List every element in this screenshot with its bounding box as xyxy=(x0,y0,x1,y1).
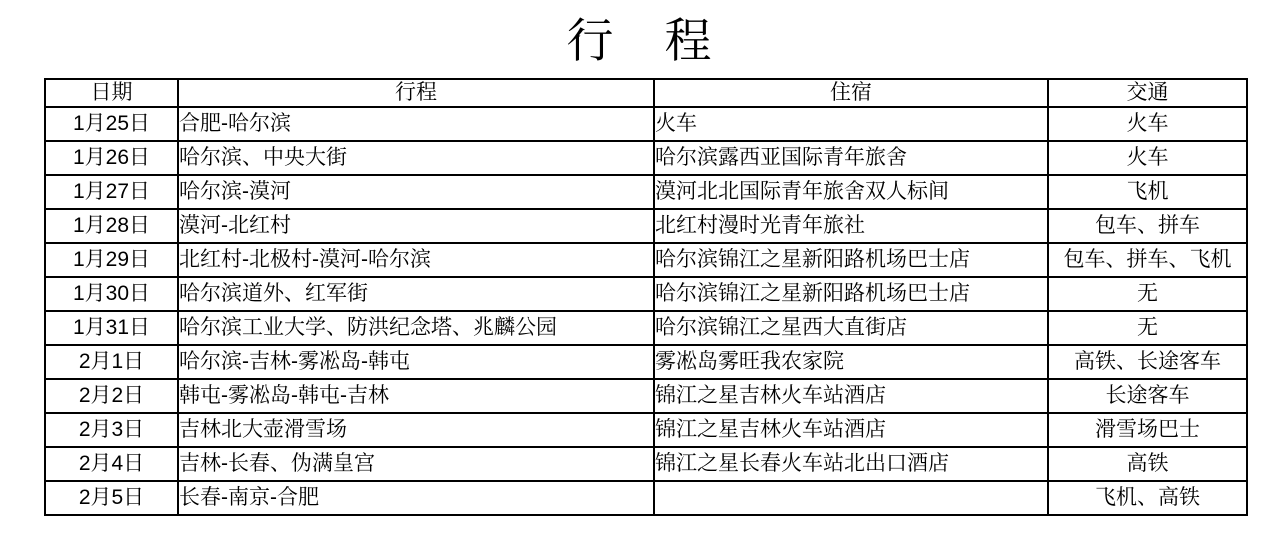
lodging-cell: 锦江之星长春火车站北出口酒店 xyxy=(654,447,1048,481)
table-row: 1月30日哈尔滨道外、红军街哈尔滨锦江之星新阳路机场巴士店无 xyxy=(45,277,1247,311)
transport-cell: 包车、拼车 xyxy=(1048,209,1247,243)
header-date: 日期 xyxy=(45,79,178,107)
date-cell: 2月3日 xyxy=(45,413,178,447)
table-row: 1月27日哈尔滨-漠河漠河北北国际青年旅舍双人标间飞机 xyxy=(45,175,1247,209)
itinerary-cell: 哈尔滨-吉林-雾凇岛-韩屯 xyxy=(178,345,654,379)
lodging-cell: 哈尔滨锦江之星新阳路机场巴士店 xyxy=(654,277,1048,311)
transport-cell: 包车、拼车、飞机 xyxy=(1048,243,1247,277)
date-cell: 1月31日 xyxy=(45,311,178,345)
lodging-cell: 锦江之星吉林火车站酒店 xyxy=(654,413,1048,447)
itinerary-cell: 漠河-北红村 xyxy=(178,209,654,243)
lodging-cell: 雾凇岛雾旺我农家院 xyxy=(654,345,1048,379)
transport-cell: 高铁、长途客车 xyxy=(1048,345,1247,379)
lodging-cell: 北红村漫时光青年旅社 xyxy=(654,209,1048,243)
itinerary-cell: 吉林北大壶滑雪场 xyxy=(178,413,654,447)
itinerary-cell: 哈尔滨、中央大街 xyxy=(178,141,654,175)
header-row: 日期 行程 住宿 交通 xyxy=(45,79,1247,107)
header-transport: 交通 xyxy=(1048,79,1247,107)
table-row: 2月3日吉林北大壶滑雪场锦江之星吉林火车站酒店滑雪场巴士 xyxy=(45,413,1247,447)
lodging-cell: 火车 xyxy=(654,107,1048,141)
transport-cell: 火车 xyxy=(1048,107,1247,141)
lodging-cell: 哈尔滨锦江之星新阳路机场巴士店 xyxy=(654,243,1048,277)
itinerary-cell: 哈尔滨-漠河 xyxy=(178,175,654,209)
itinerary-cell: 长春-南京-合肥 xyxy=(178,481,654,515)
table-row: 1月31日哈尔滨工业大学、防洪纪念塔、兆麟公园哈尔滨锦江之星西大直街店无 xyxy=(45,311,1247,345)
page-title: 行 程 xyxy=(0,17,1280,64)
table-row: 2月4日吉林-长春、伪满皇宫锦江之星长春火车站北出口酒店高铁 xyxy=(45,447,1247,481)
lodging-cell: 哈尔滨露西亚国际青年旅舍 xyxy=(654,141,1048,175)
itinerary-cell: 哈尔滨工业大学、防洪纪念塔、兆麟公园 xyxy=(178,311,654,345)
lodging-cell: 漠河北北国际青年旅舍双人标间 xyxy=(654,175,1048,209)
header-lodging: 住宿 xyxy=(654,79,1048,107)
itinerary-cell: 韩屯-雾凇岛-韩屯-吉林 xyxy=(178,379,654,413)
itinerary-cell: 哈尔滨道外、红军街 xyxy=(178,277,654,311)
transport-cell: 火车 xyxy=(1048,141,1247,175)
date-cell: 2月4日 xyxy=(45,447,178,481)
date-cell: 1月29日 xyxy=(45,243,178,277)
page: 行 程 日期 行程 住宿 交通 1月25日合肥-哈尔滨火车火车1月26日哈尔滨、… xyxy=(0,0,1280,547)
itinerary-cell: 合肥-哈尔滨 xyxy=(178,107,654,141)
date-cell: 2月1日 xyxy=(45,345,178,379)
lodging-cell: 哈尔滨锦江之星西大直街店 xyxy=(654,311,1048,345)
transport-cell: 飞机 xyxy=(1048,175,1247,209)
date-cell: 2月2日 xyxy=(45,379,178,413)
table-row: 1月25日合肥-哈尔滨火车火车 xyxy=(45,107,1247,141)
table-row: 2月1日哈尔滨-吉林-雾凇岛-韩屯雾凇岛雾旺我农家院高铁、长途客车 xyxy=(45,345,1247,379)
transport-cell: 长途客车 xyxy=(1048,379,1247,413)
transport-cell: 飞机、高铁 xyxy=(1048,481,1247,515)
date-cell: 1月28日 xyxy=(45,209,178,243)
transport-cell: 无 xyxy=(1048,311,1247,345)
table-row: 1月26日哈尔滨、中央大街哈尔滨露西亚国际青年旅舍火车 xyxy=(45,141,1247,175)
itinerary-cell: 吉林-长春、伪满皇宫 xyxy=(178,447,654,481)
table-row: 2月5日长春-南京-合肥飞机、高铁 xyxy=(45,481,1247,515)
date-cell: 2月5日 xyxy=(45,481,178,515)
header-itinerary: 行程 xyxy=(178,79,654,107)
transport-cell: 高铁 xyxy=(1048,447,1247,481)
transport-cell: 滑雪场巴士 xyxy=(1048,413,1247,447)
date-cell: 1月26日 xyxy=(45,141,178,175)
itinerary-cell: 北红村-北极村-漠河-哈尔滨 xyxy=(178,243,654,277)
lodging-cell xyxy=(654,481,1048,515)
table-body: 1月25日合肥-哈尔滨火车火车1月26日哈尔滨、中央大街哈尔滨露西亚国际青年旅舍… xyxy=(45,107,1247,515)
date-cell: 1月25日 xyxy=(45,107,178,141)
table-row: 2月2日韩屯-雾凇岛-韩屯-吉林锦江之星吉林火车站酒店长途客车 xyxy=(45,379,1247,413)
itinerary-table: 日期 行程 住宿 交通 1月25日合肥-哈尔滨火车火车1月26日哈尔滨、中央大街… xyxy=(44,78,1248,516)
date-cell: 1月30日 xyxy=(45,277,178,311)
transport-cell: 无 xyxy=(1048,277,1247,311)
date-cell: 1月27日 xyxy=(45,175,178,209)
table-row: 1月28日漠河-北红村北红村漫时光青年旅社包车、拼车 xyxy=(45,209,1247,243)
table-row: 1月29日北红村-北极村-漠河-哈尔滨哈尔滨锦江之星新阳路机场巴士店包车、拼车、… xyxy=(45,243,1247,277)
lodging-cell: 锦江之星吉林火车站酒店 xyxy=(654,379,1048,413)
